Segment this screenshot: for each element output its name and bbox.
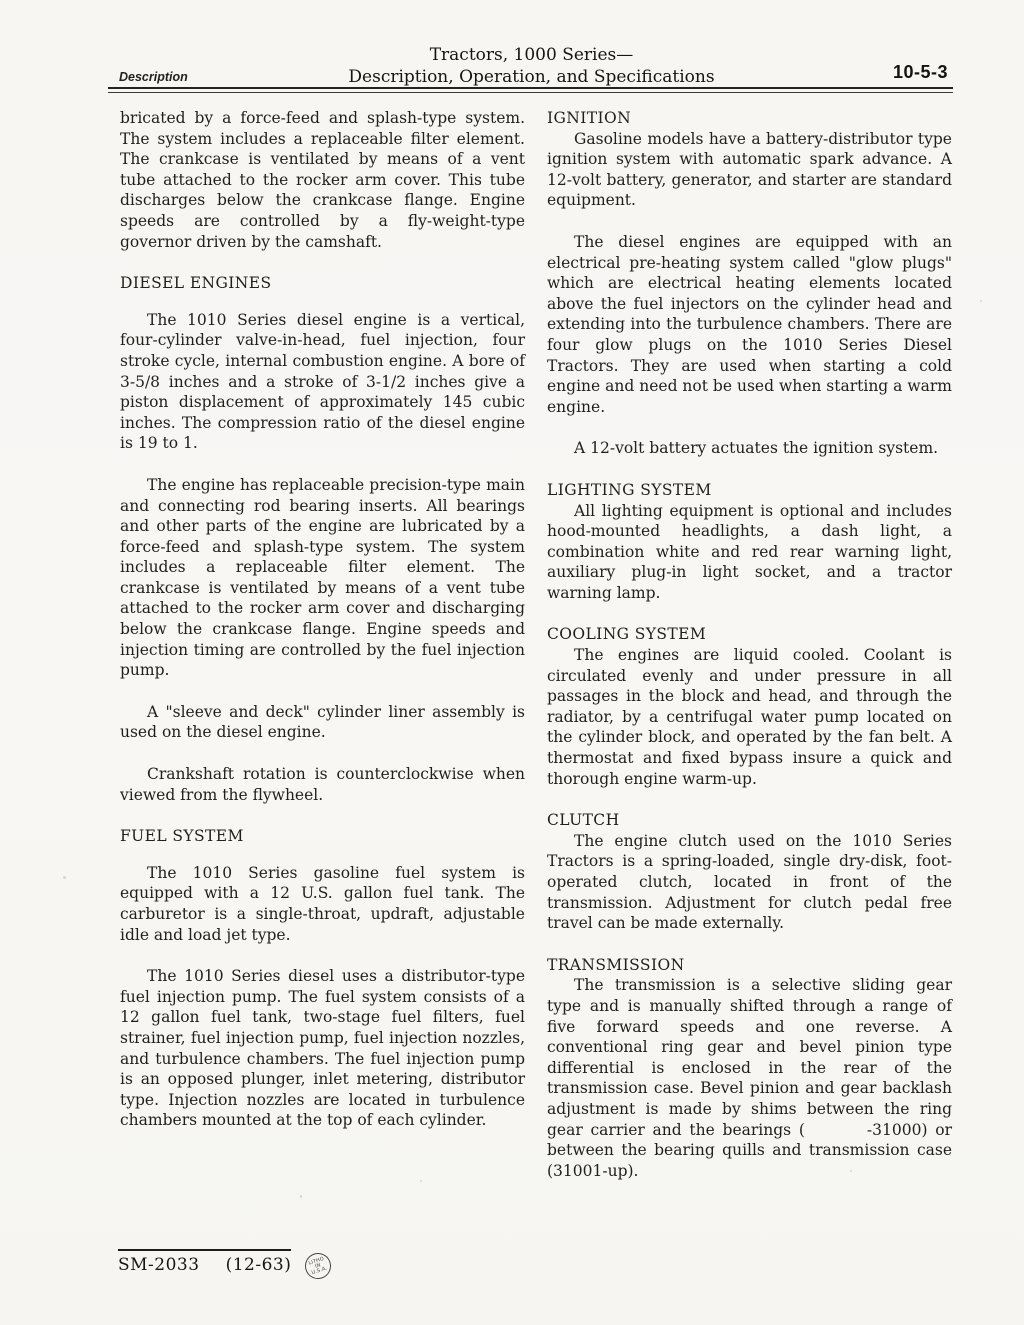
header-rule <box>108 87 953 93</box>
litho-seal-icon: LITHO IN U.S.A. <box>302 1250 335 1283</box>
scan-speckle <box>300 1195 302 1198</box>
scan-speckle <box>850 1170 852 1172</box>
litho-seal-text: LITHO IN U.S.A. <box>308 1256 328 1275</box>
footer-doc-number: SM-2033 <box>118 1255 200 1275</box>
right-column: IGNITION Gasoline models have a battery-… <box>547 108 952 1202</box>
manual-page: Description Tractors, 1000 Series— Descr… <box>0 0 1024 1325</box>
paragraph: All lighting equipment is optional and i… <box>547 501 952 604</box>
header-title: Tractors, 1000 Series— Description, Oper… <box>110 44 953 88</box>
heading-fuel-system: FUEL SYSTEM <box>120 826 525 847</box>
paragraph: bricated by a force-feed and splash-type… <box>120 108 525 252</box>
paragraph: The transmission is a selective sliding … <box>547 975 952 1181</box>
paragraph: A 12-volt battery actuates the ignition … <box>547 438 952 459</box>
footer-imprint: SM-2033(12-63) <box>118 1249 291 1275</box>
left-column: bricated by a force-feed and splash-type… <box>120 108 525 1152</box>
heading-ignition: IGNITION <box>547 108 952 129</box>
paragraph: The 1010 Series gasoline fuel system is … <box>120 863 525 945</box>
paragraph: The 1010 Series diesel engine is a verti… <box>120 310 525 454</box>
paragraph: Gasoline models have a battery-distribut… <box>547 129 952 211</box>
paragraph: A "sleeve and deck" cylinder liner assem… <box>120 702 525 743</box>
footer-date-code: (12-63) <box>226 1255 292 1275</box>
header-title-line1: Tractors, 1000 Series— <box>110 44 953 66</box>
header-title-line2: Description, Operation, and Specificatio… <box>110 66 953 88</box>
paragraph: The diesel engines are equipped with an … <box>547 232 952 417</box>
scan-speckle <box>980 300 982 302</box>
paragraph: The 1010 Series diesel uses a distributo… <box>120 966 525 1131</box>
heading-lighting-system: LIGHTING SYSTEM <box>547 480 952 501</box>
heading-cooling-system: COOLING SYSTEM <box>547 624 952 645</box>
heading-transmission: TRANSMISSION <box>547 955 952 976</box>
paragraph: The engines are liquid cooled. Coolant i… <box>547 645 952 789</box>
paragraph: Crankshaft rotation is counterclockwise … <box>120 764 525 805</box>
heading-diesel-engines: DIESEL ENGINES <box>120 273 525 294</box>
paragraph: The engine has replaceable precision-typ… <box>120 475 525 681</box>
footer: SM-2033(12-63) LITHO IN U.S.A. <box>118 1249 331 1279</box>
page-number: 10-5-3 <box>893 62 948 83</box>
scan-speckle <box>63 876 66 879</box>
heading-clutch: CLUTCH <box>547 810 952 831</box>
paragraph: The engine clutch used on the 1010 Serie… <box>547 831 952 934</box>
scan-speckle <box>420 1180 422 1182</box>
